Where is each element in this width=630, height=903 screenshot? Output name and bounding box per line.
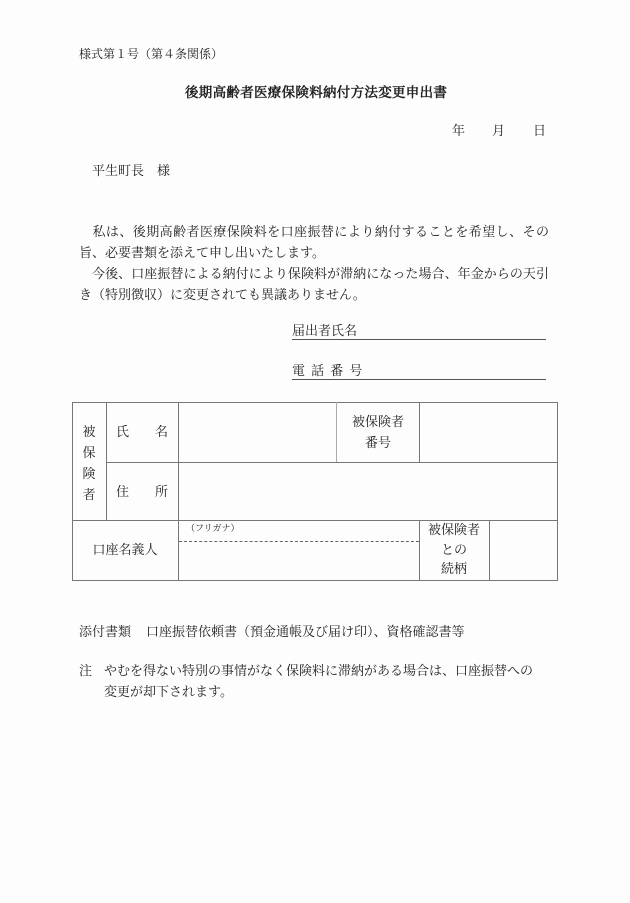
insured-info-table: 被 保 険 者 氏 名 被保険者 番号 住 所 口座名義人 （フリガナ） 被保険… (72, 402, 557, 581)
furigana-divider (179, 541, 419, 542)
body-paragraph-2: 今後、口座振替による納付により保険料が滞納になった場合、年金からの天引き（特別徴… (79, 264, 549, 306)
insured-group-char-2: 保 (72, 443, 106, 464)
col-divider-relationship-value (489, 520, 490, 580)
note-line-2: 変更が却下されます。 (104, 685, 233, 701)
insured-number-label-line1: 被保険者 (336, 412, 420, 433)
relationship-label-line3: 続柄 (419, 560, 489, 580)
insured-number-label: 被保険者 番号 (336, 412, 420, 454)
note-line-1: やむを得ない特別の事情がなく保険料に滞納がある場合は、口座振替への (104, 664, 533, 680)
table-border-bottom (72, 580, 558, 581)
relationship-label: 被保険者 との 続柄 (419, 521, 489, 580)
col-divider-label (178, 402, 179, 581)
insured-group-label: 被 保 険 者 (72, 422, 106, 506)
applicant-name-underline (292, 339, 546, 340)
form-number: 様式第１号（第４条関係） (79, 46, 223, 62)
date-year-label: 年 (452, 124, 465, 140)
relationship-label-line1: 被保険者 (419, 521, 489, 541)
furigana-label: （フリガナ） (186, 523, 240, 535)
applicant-phone-label: 電 話 番 号 (292, 364, 363, 380)
attachments-label: 添付書類 (79, 625, 131, 641)
addressee: 平生町長 様 (92, 164, 170, 180)
note-label: 注 (79, 664, 92, 680)
col-divider-group (106, 402, 107, 520)
address-label: 住 所 (116, 482, 176, 503)
date-month-label: 月 (492, 124, 505, 140)
account-holder-label: 口座名義人 (72, 540, 178, 561)
insured-number-label-line2: 番号 (336, 433, 420, 454)
table-border-right (557, 402, 558, 581)
attachments-text: 口座振替依頼書（預金通帳及び届け印）、資格確認書等 (146, 625, 465, 641)
document-title: 後期高齢者医療保険料納付方法変更申出書 (185, 85, 447, 101)
table-border-top (72, 402, 557, 403)
applicant-phone-underline (292, 379, 546, 380)
insured-group-char-4: 者 (72, 485, 106, 506)
row-divider-1 (106, 462, 557, 463)
applicant-name-label: 届出者氏名 (292, 324, 357, 340)
insured-group-char-1: 被 (72, 422, 106, 443)
relationship-label-line2: との (419, 541, 489, 561)
body-paragraph-1: 私は、後期高齢者医療保険料を口座振替により納付することを希望し、その旨、必要書類… (79, 222, 549, 264)
date-day-label: 日 (533, 124, 546, 140)
name-label: 氏 名 (116, 422, 176, 443)
insured-group-char-3: 険 (72, 464, 106, 485)
